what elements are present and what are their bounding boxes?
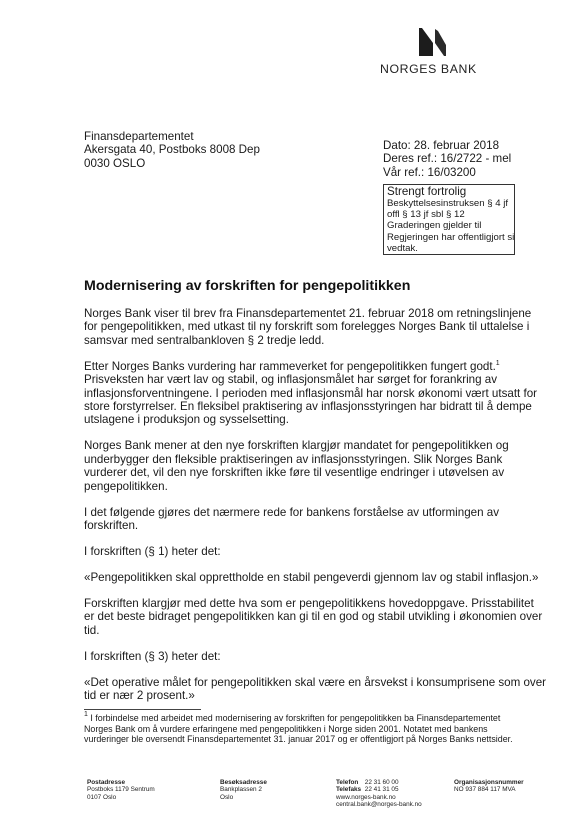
- text-line: samsvar med sentralbankloven § 2 tredje …: [84, 334, 524, 347]
- classification-title: Strengt fortrolig: [387, 186, 514, 198]
- recipient-line: Finansdepartementet: [84, 130, 260, 143]
- date: Dato: 28. februar 2018: [383, 139, 511, 152]
- text-line: store forstyrrelser. En fleksibel prakti…: [84, 400, 524, 413]
- footer-contact: Telefon 22 31 60 00 Telefaks 22 41 31 05…: [336, 779, 422, 809]
- paragraph: Etter Norges Banks vurdering har rammeve…: [84, 360, 524, 427]
- text-line: Forskriften klargjør med dette hva som e…: [84, 597, 524, 610]
- letter-meta: Dato: 28. februar 2018 Deres ref.: 16/27…: [383, 139, 511, 179]
- text-line: utslagene i produksjon og sysselsetting.: [84, 413, 524, 426]
- paragraph: Forskriften klargjør med dette hva som e…: [84, 597, 524, 637]
- footer-visiting-address: Besøksadresse Bankplassen 2 Oslo: [220, 779, 267, 801]
- quote-paragraph: «Det operative målet for pengepolitikken…: [84, 676, 524, 703]
- text-line: I forskriften (§ 3) heter det:: [84, 650, 524, 663]
- text-line: Norges Bank mener at den nye forskriften…: [84, 439, 524, 452]
- text-line: I det følgende gjøres det nærmere rede f…: [84, 506, 524, 519]
- org-number: NO 937 884 117 MVA: [454, 786, 524, 793]
- footer-line: Postboks 1179 Sentrum: [87, 786, 155, 793]
- footnote-line: vurderinger ble oversendt Finansdepartem…: [84, 734, 513, 745]
- footer-label: Postadresse: [87, 779, 125, 786]
- paragraph: Norges Bank mener at den nye forskriften…: [84, 439, 524, 493]
- text-line: vurderer det, vil den nye forskriften ik…: [84, 466, 524, 479]
- paragraph: I forskriften (§ 3) heter det:: [84, 650, 524, 663]
- letter-heading: Modernisering av forskriften for pengepo…: [84, 278, 410, 294]
- text-line: for pengepolitikken, med utkast til ny f…: [84, 320, 524, 333]
- text-line: Norges Bank viser til brev fra Finansdep…: [84, 307, 524, 320]
- email-link[interactable]: central.bank@norges-bank.no: [336, 801, 422, 808]
- text-line: «Pengepolitikken skal opprettholde en st…: [84, 571, 524, 584]
- their-reference: Deres ref.: 16/2722 - mel: [383, 152, 511, 165]
- paragraph: I forskriften (§ 1) heter det:: [84, 545, 524, 558]
- footer-line: Bankplassen 2: [220, 786, 267, 793]
- footer-postal-address: Postadresse Postboks 1179 Sentrum 0107 O…: [87, 779, 155, 801]
- text-fragment: Etter Norges Banks vurdering har rammeve…: [84, 360, 496, 373]
- text-line: forskriften.: [84, 519, 524, 532]
- recipient-line: 0030 OSLO: [84, 157, 260, 170]
- footer-line: Oslo: [220, 794, 267, 801]
- text-line: inflasjonsforventningene. I perioden med…: [84, 387, 524, 400]
- text-line: tid er nær 2 prosent.»: [84, 689, 524, 702]
- text-line: «Det operative målet for pengepolitikken…: [84, 676, 524, 689]
- classification-line: Regjeringen har offentligjort sitt: [387, 232, 514, 243]
- text-fragment: I forbindelse med arbeidet med modernise…: [90, 713, 500, 723]
- text-line: pengepolitikken.: [84, 480, 524, 493]
- phone-label: Telefon: [336, 779, 363, 786]
- text-line: underbygger den fleksible praktiseringen…: [84, 453, 524, 466]
- footnote: 1 I forbindelse med arbeidet med moderni…: [84, 713, 513, 745]
- fax-label: Telefaks: [336, 786, 363, 793]
- classification-line: Graderingen gjelder til: [387, 220, 514, 231]
- classification-box: Strengt fortrolig Beskyttelsesinstruksen…: [383, 184, 515, 255]
- footnote-line: Norges Bank om å vurdere erfaringene med…: [84, 724, 513, 735]
- classification-line: Beskyttelsesinstruksen § 4 jf: [387, 198, 514, 209]
- text-line: Prisveksten har vært lav og stabil, og i…: [84, 373, 524, 386]
- classification-line: offl § 13 jf sbl § 12: [387, 209, 514, 220]
- footer-org-number: Organisasjonsnummer NO 937 884 117 MVA: [454, 779, 524, 794]
- text-line: tid.: [84, 624, 524, 637]
- footnote-reference[interactable]: 1: [496, 360, 500, 367]
- phone-number: 22 31 60 00: [365, 779, 399, 786]
- text-line: er det beste bidraget pengepolitikken ka…: [84, 610, 524, 623]
- paragraph: Norges Bank viser til brev fra Finansdep…: [84, 307, 524, 347]
- footer-label: Besøksadresse: [220, 779, 267, 786]
- recipient-address: Finansdepartementet Akersgata 40, Postbo…: [84, 130, 260, 170]
- fax-number: 22 41 31 05: [365, 786, 399, 793]
- footer-label: Organisasjonsnummer: [454, 779, 524, 786]
- footer-line: 0107 Oslo: [87, 794, 155, 801]
- text-line: Etter Norges Banks vurdering har rammeve…: [84, 360, 524, 373]
- our-reference: Vår ref.: 16/03200: [383, 166, 511, 179]
- footnote-separator: [84, 709, 201, 710]
- letter-body: Norges Bank viser til brev fra Finansdep…: [84, 307, 524, 715]
- norges-bank-logo-icon: [419, 28, 449, 56]
- paragraph: I det følgende gjøres det nærmere rede f…: [84, 506, 524, 533]
- footnote-line: 1 I forbindelse med arbeidet med moderni…: [84, 713, 513, 724]
- recipient-line: Akersgata 40, Postboks 8008 Dep: [84, 143, 260, 156]
- footnote-number: 1: [84, 711, 88, 718]
- website-link[interactable]: www.norges-bank.no: [336, 794, 422, 801]
- quote-paragraph: «Pengepolitikken skal opprettholde en st…: [84, 571, 524, 584]
- classification-line: vedtak.: [387, 243, 514, 254]
- text-line: I forskriften (§ 1) heter det:: [84, 545, 524, 558]
